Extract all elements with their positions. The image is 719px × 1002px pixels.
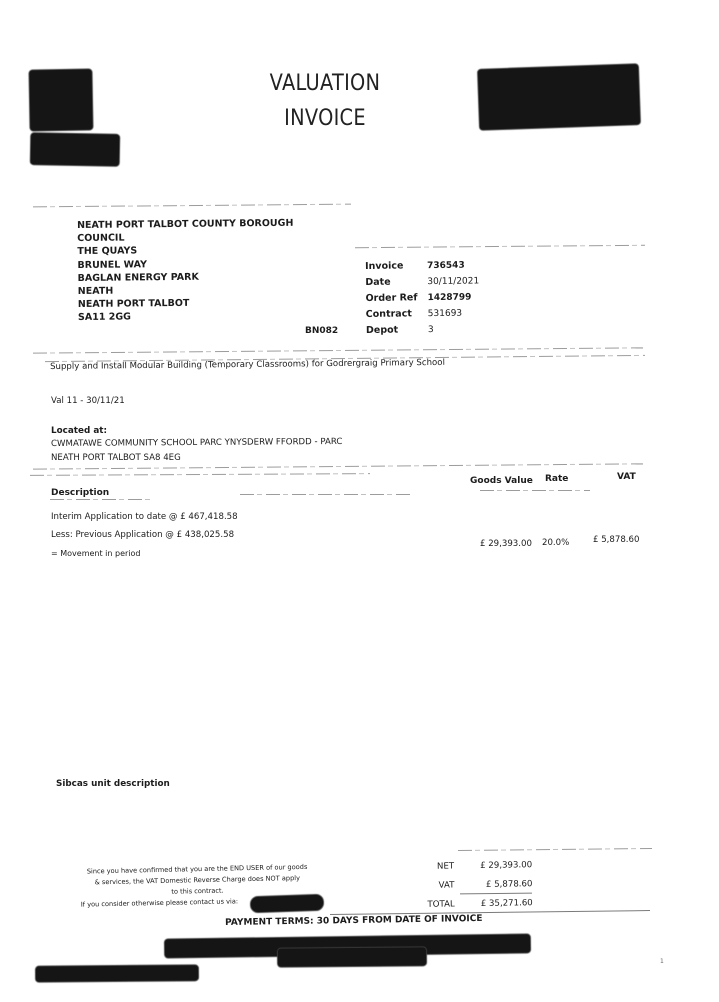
customer-address: NEATH PORT TALBOT COUNTY BOROUGH COUNCIL…: [77, 217, 294, 325]
order-ref: 1428799: [427, 290, 471, 307]
line-description: Less: Previous Application @ £ 438,025.5…: [51, 530, 234, 540]
net-label: NET: [418, 857, 454, 877]
address-line: NEATH PORT TALBOT COUNTY BOROUGH: [77, 217, 293, 232]
separator-line: [458, 848, 652, 851]
column-header-rate: Rate: [545, 474, 568, 484]
valuation-reference: Val 11 - 30/11/21: [51, 396, 125, 406]
depot-label: Depot: [366, 322, 428, 339]
column-header-vat: VAT: [617, 472, 636, 482]
invoice-label: Invoice: [365, 258, 427, 275]
separator-line: [33, 204, 351, 208]
payment-terms: PAYMENT TERMS: 30 DAYS FROM DATE OF INVO…: [225, 914, 483, 928]
separator-line: [33, 463, 643, 469]
document-title-line1: VALUATION: [241, 71, 408, 96]
line-description: = Movement in period: [51, 549, 140, 558]
column-header-description: Description: [51, 488, 109, 498]
location-line2: NEATH PORT TALBOT SA8 4EG: [51, 453, 181, 463]
totals-block: NET£ 29,393.00 VAT£ 5,878.60 TOTAL£ 35,2…: [418, 856, 537, 915]
redacted-contact: [251, 895, 323, 913]
column-header-goods-value: Goods Value: [470, 476, 533, 486]
separator-line: [240, 494, 410, 495]
line-vat-rate: 20.0%: [542, 538, 569, 548]
unit-description-label: Sibcas unit description: [56, 779, 170, 789]
separator-line: [33, 347, 643, 353]
separator-line: [30, 473, 370, 476]
document-title-line2: INVOICE: [241, 106, 408, 131]
address-line: SA11 2GG: [78, 309, 294, 324]
vat-total-label: VAT: [418, 876, 454, 896]
line-description: Interim Application to date @ £ 467,418.…: [51, 512, 238, 522]
invoice-number: 736543: [427, 258, 465, 275]
date-label: Date: [365, 274, 427, 291]
redacted-company-block: [478, 64, 640, 130]
order-ref-label: Order Ref: [365, 290, 427, 307]
location-line1: CWMATAWE COMMUNITY SCHOOL PARC YNYSDERW …: [51, 437, 342, 449]
contract-label: Contract: [366, 306, 428, 323]
net-value: £ 29,393.00: [454, 856, 536, 876]
page-mark: 1: [660, 958, 664, 965]
redacted-logo-block: [29, 69, 92, 130]
depot-number: 3: [428, 322, 434, 338]
line-goods-value: £ 29,393.00: [480, 539, 532, 549]
invoice-meta: Invoice736543 Date30/11/2021 Order Ref14…: [365, 257, 480, 339]
separator-line: [355, 245, 645, 249]
located-at-label: Located at:: [51, 426, 107, 436]
redacted-footer-block: [278, 947, 426, 966]
depot-code: BN082: [305, 326, 338, 336]
invoice-date: 30/11/2021: [427, 273, 479, 290]
separator-line: [480, 490, 590, 491]
redacted-logo-block: [31, 133, 120, 166]
contract-number: 531693: [428, 306, 463, 322]
redacted-footer-block: [36, 965, 198, 981]
line-vat-amount: £ 5,878.60: [593, 535, 639, 545]
separator-line: [50, 499, 150, 500]
